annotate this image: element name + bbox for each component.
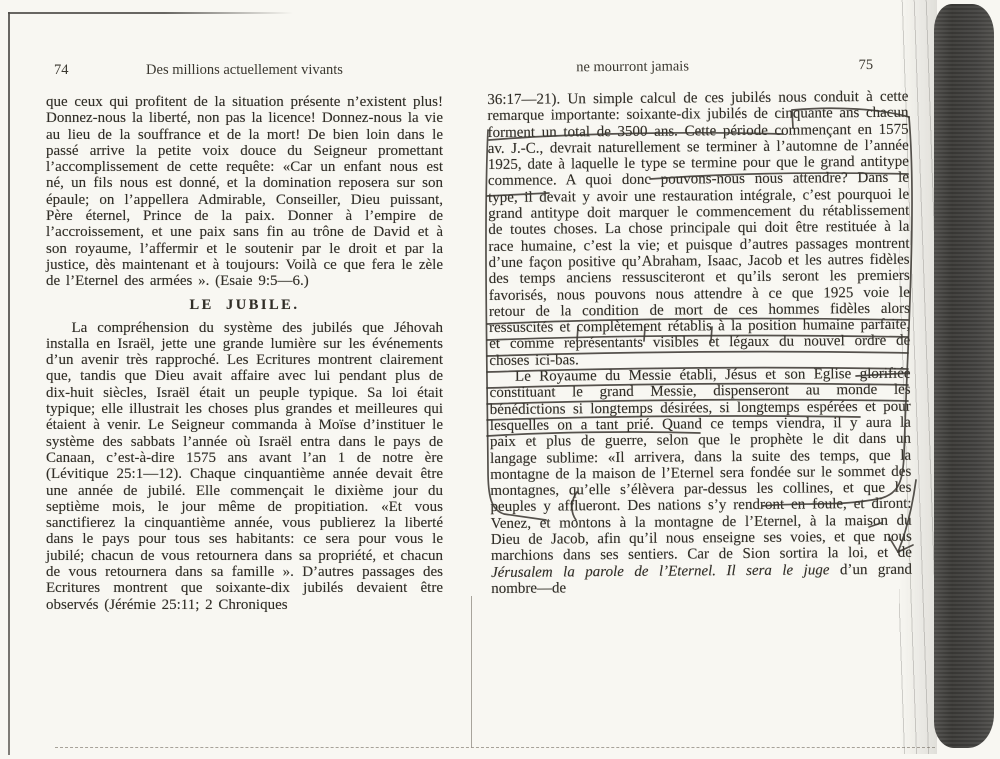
paragraph-right-1: 36:17—21). Un simple calcul de ces jubil… — [487, 89, 910, 369]
page-number-right: 75 — [859, 57, 874, 74]
book-binding-shadow — [934, 4, 994, 748]
paragraph-left-2: La compréhension du système des jubilés … — [46, 320, 443, 613]
page-74: 74 Des millions actuellement vivants que… — [46, 60, 443, 613]
section-heading-jubile: LE JUBILE. — [46, 297, 443, 314]
center-fold-line — [471, 596, 472, 748]
paragraph-left-1: que ceux qui profitent de la situation p… — [46, 94, 443, 290]
page-edge-line-left — [8, 12, 10, 755]
book-scan: 74 Des millions actuellement vivants que… — [0, 0, 1000, 759]
page-bottom-edge-line — [55, 747, 935, 748]
paragraph-right-2: Le Royaume du Messie établi, Jésus et so… — [489, 366, 912, 597]
paragraph-right-2-normal-a: Le Royaume du Messie établi, Jésus et so… — [490, 366, 912, 565]
running-title-left: Des millions actuellement vivants — [46, 62, 443, 79]
page-edge-line-top — [8, 12, 293, 14]
italic-scripture-quote: Jérusalem la parole de l’Eternel. Il ser… — [491, 562, 840, 581]
page-75: ne mourront jamais 75 36:17—21). Un simp… — [487, 55, 912, 597]
running-title-right: ne mourront jamais — [487, 58, 778, 77]
page-header-right: ne mourront jamais 75 — [487, 55, 908, 92]
page-header-left: 74 Des millions actuellement vivants — [46, 60, 443, 94]
